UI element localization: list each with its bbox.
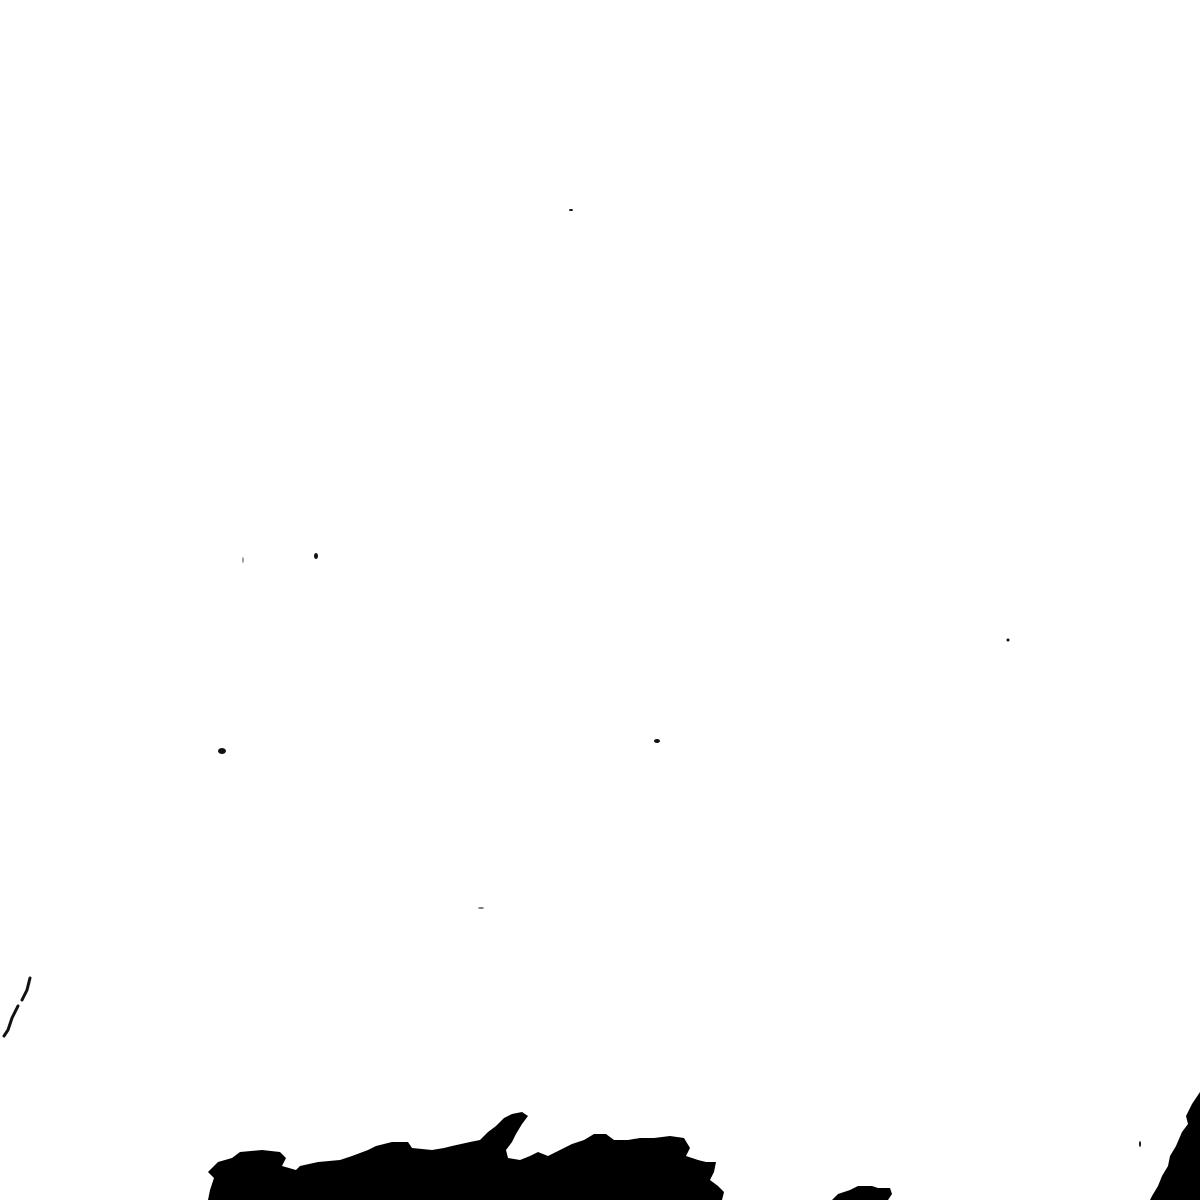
bright-field [0, 0, 1200, 1200]
photo-scene [0, 0, 1200, 1200]
